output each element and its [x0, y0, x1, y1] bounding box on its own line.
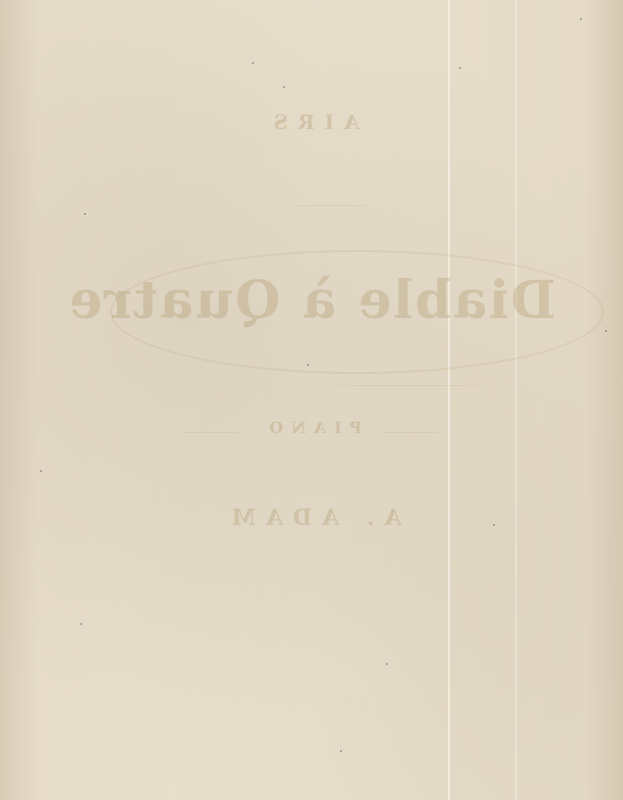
paper-speck [80, 623, 82, 625]
scanned-page: AIRS Diable à Quatre PIANO A. ADAM · · ·… [0, 0, 623, 800]
bleed-small-line: · · · · · · [0, 623, 623, 633]
bleed-instrument: PIANO [0, 418, 623, 437]
bleed-heading: AIRS [0, 110, 623, 134]
paper-speck [459, 67, 461, 69]
paper-speck [307, 364, 309, 366]
paper-speck [40, 470, 42, 472]
bleed-title: Diable à Quatre [0, 270, 623, 331]
paper-speck [580, 18, 582, 20]
paper-speck [283, 86, 285, 88]
flourish [330, 385, 480, 386]
paper-speck [493, 524, 495, 526]
paper-speck [340, 750, 342, 752]
paper-speck [605, 330, 607, 332]
paper-speck [252, 62, 254, 64]
paper-speck [84, 213, 86, 215]
flourish [290, 205, 370, 206]
bleed-composer: A. ADAM [0, 505, 623, 531]
bleed-small-line: · · · · · · · · [0, 700, 623, 710]
paper-speck [386, 663, 388, 665]
